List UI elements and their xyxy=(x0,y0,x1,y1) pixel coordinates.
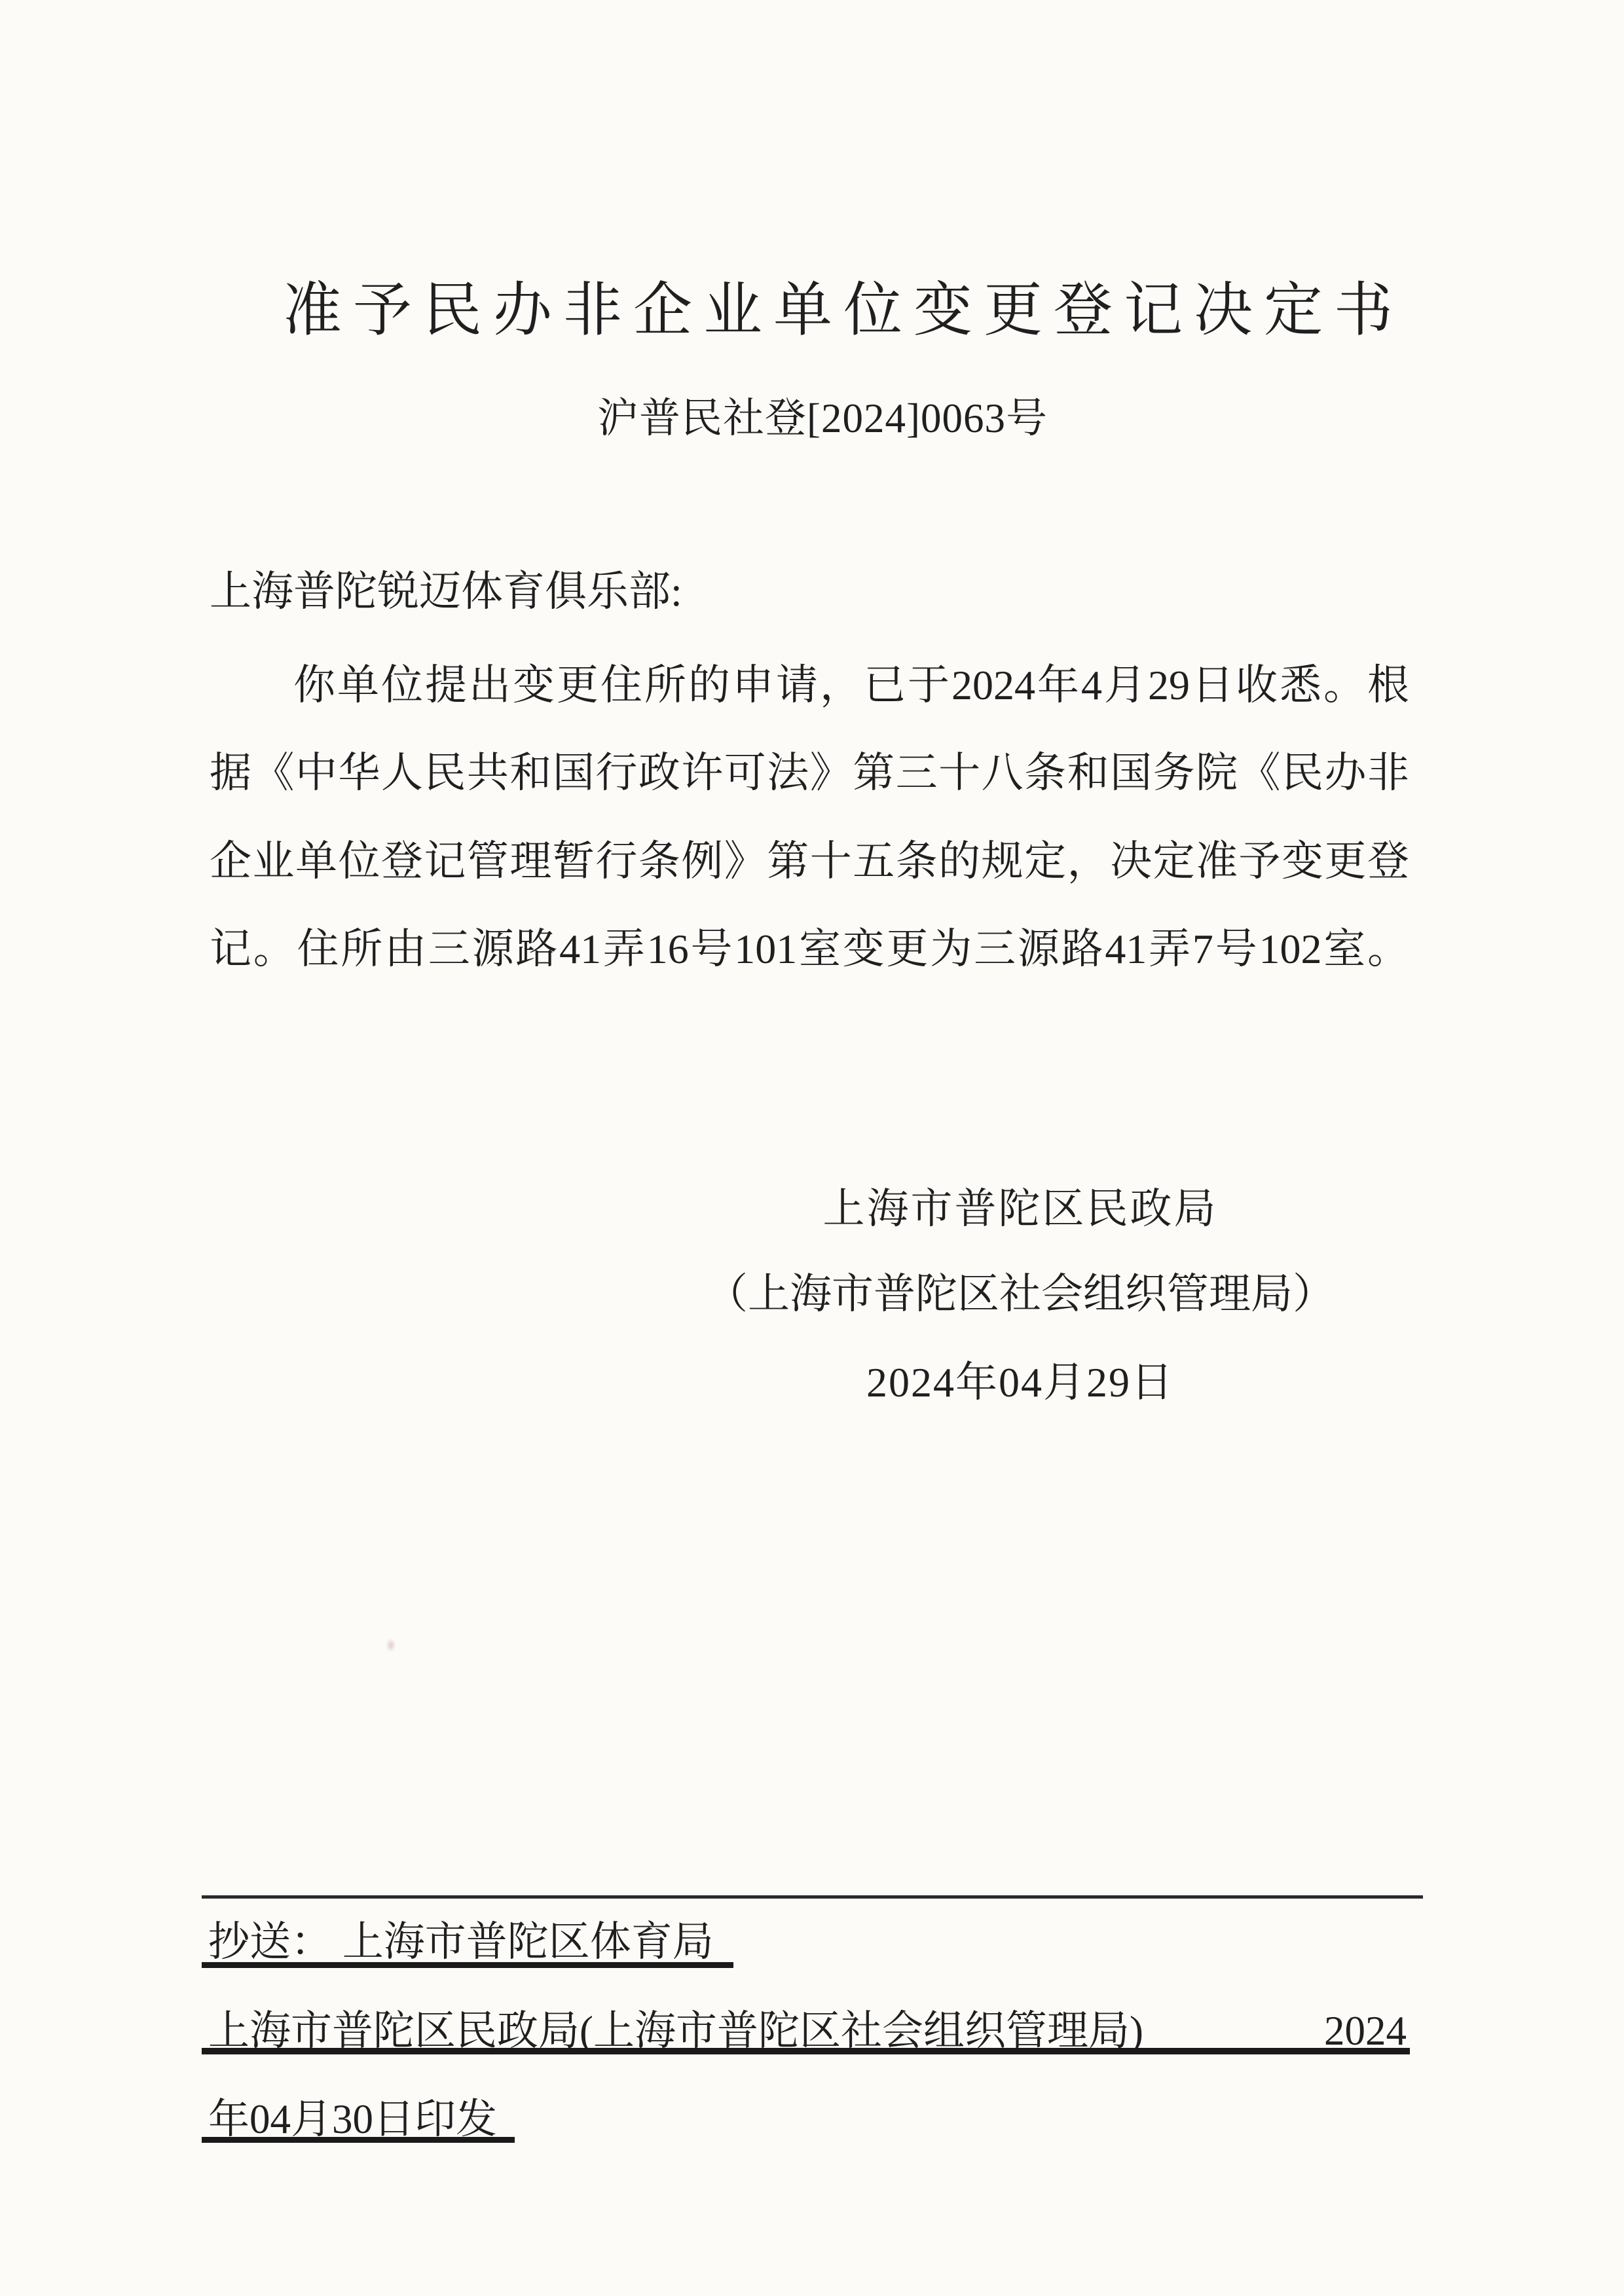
footer-issuer-underline xyxy=(202,2048,1410,2054)
footer-cc-underline xyxy=(202,1962,733,1968)
body-paragraph-line-1: 你单位提出变更住所的申请，已于2024年4月29日收悉。根 xyxy=(210,663,1409,708)
footer-issue-date-line: 年04月30日印发 xyxy=(208,2097,497,2142)
footer-issue-date-underline xyxy=(202,2137,515,2143)
footer-issue-year: 2024 xyxy=(1324,2009,1407,2054)
addressee-line: 上海普陀锐迈体育俱乐部: xyxy=(210,570,682,613)
signature-org-alias: （上海市普陀区社会组织管理局） xyxy=(588,1271,1452,1317)
body-paragraph-line-3: 企业单位登记管理暂行条例》第十五条的规定，决定准予变更登 xyxy=(210,839,1409,884)
body-paragraph-line-4: 记。住所由三源路41弄16号101室变更为三源路41弄7号102室。 xyxy=(210,926,1409,972)
signature-date: 2024年04月29日 xyxy=(588,1360,1452,1406)
footer-divider-rule xyxy=(202,1895,1423,1899)
body-paragraph-line-2: 据《中华人民共和国行政许可法》第三十八条和国务院《民办非 xyxy=(210,750,1409,796)
scanned-document-page: 准予民办非企业单位变更登记决定书 沪普民社登[2024]0063号 上海普陀锐迈… xyxy=(0,0,1624,2296)
signature-org: 上海市普陀区民政局 xyxy=(588,1186,1452,1232)
document-number: 沪普民社登[2024]0063号 xyxy=(10,397,1624,440)
footer-issuer-row: 上海市普陀区民政局(上海市普陀区社会组织管理局) 2024 xyxy=(208,2009,1407,2054)
footer-cc-line: 抄送： 上海市普陀区体育局 xyxy=(208,1920,714,1965)
footer-issuer-text: 上海市普陀区民政局(上海市普陀区社会组织管理局) xyxy=(208,2009,1143,2054)
scan-artifact-dot xyxy=(386,1638,396,1652)
document-title: 准予民办非企业单位变更登记决定书 xyxy=(31,280,1624,342)
